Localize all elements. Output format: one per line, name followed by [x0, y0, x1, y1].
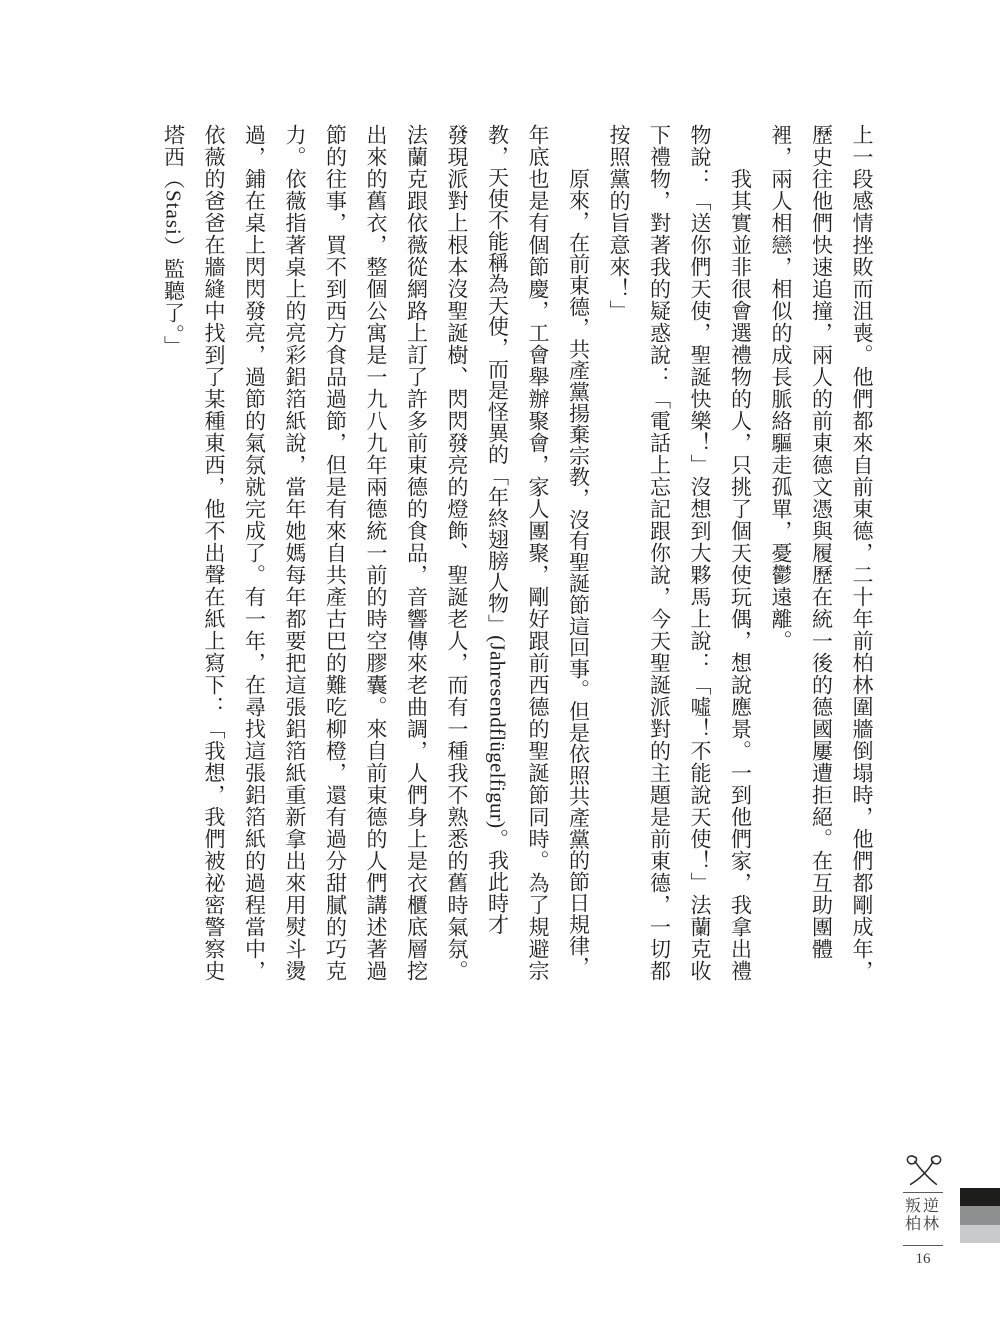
- book-page: 上一段感情挫敗而沮喪。他們都來自前東德，二十年前柏林圍牆倒塌時，他們都剛成年，歷…: [0, 0, 1000, 1343]
- text-column: 我其實並非很會選禮物的人，只挑了個天使玩偶，想說應景。一到他們家，我拿出禮: [728, 124, 754, 1088]
- text-column: 過，鋪在桌上閃閃發亮，過節的氣氛就完成了。有一年，在尋找這張鋁箔紙的過程當中，: [242, 124, 268, 1044]
- text-column: 發現派對上根本沒聖誕樹、閃閃發亮的燈飾、聖誕老人，而有一種我不熟悉的舊時氣氛。: [444, 124, 470, 1044]
- color-bar-block: [960, 1206, 1000, 1224]
- flourish-icon: [903, 1152, 945, 1188]
- text-column: 節的往事，買不到西方食品過節，但是有來自共產古巴的難吃柳橙，還有過分甜膩的巧克: [323, 124, 349, 1044]
- print-color-bar: [960, 1188, 1000, 1243]
- text-column: 塔西（Stasi）監聽了。」: [161, 124, 187, 1044]
- text-column: 歷史往他們快速追撞，兩人的前東德文憑與履歷在統一後的德國屢遭拒絕。在互助團體: [809, 124, 835, 1044]
- text-column: 出來的舊衣，整個公寓是一九八九年兩德統一前的時空膠囊。來自前東德的人們講述著過: [363, 124, 389, 1044]
- colophon-divider-bottom: [903, 1245, 943, 1246]
- text-column: 按照黨的旨意來！」: [606, 124, 632, 1044]
- text-column: 法蘭克跟依薇從網路上訂了許多前東德的食品，音響傳來老曲調，人們身上是衣櫃底層挖: [404, 124, 430, 1044]
- color-bar-block: [960, 1188, 1000, 1206]
- text-column: 依薇的爸爸在牆縫中找到了某種東西，他不出聲在紙上寫下：「我想，我們被祕密警察史: [201, 124, 227, 1044]
- text-column: 下禮物，對著我的疑惑說：「電話上忘記跟你說，今天聖誕派對的主題是前東德，一切都: [647, 124, 673, 1044]
- book-title-row-1: 叛逆: [903, 1198, 943, 1216]
- text-column: 教，天使不能稱為天使，而是怪異的「年終翅膀人物」(Jahresendflügel…: [485, 124, 511, 1044]
- page-number: 16: [903, 1250, 943, 1268]
- colophon-divider-top: [903, 1192, 943, 1193]
- text-column: 物說：「送你們天使，聖誕快樂！」沒想到大夥馬上說：「噓！不能說天使！」法蘭克收: [687, 124, 713, 1044]
- text-column: 力。依薇指著桌上的亮彩鋁箔紙說，當年她媽每年都要把這張鋁箔紙重新拿出來用熨斗燙: [282, 124, 308, 1044]
- color-bar-block: [960, 1225, 1000, 1243]
- text-column: 年底也是有個節慶，工會舉辦聚會，家人團聚，剛好跟前西德的聖誕節同時。為了規避宗: [525, 124, 551, 1044]
- book-title-row-2: 柏林: [903, 1216, 943, 1234]
- text-column: 原來，在前東德，共產黨揚棄宗教，沒有聖誕節這回事。但是依照共產黨的節日規律，: [566, 124, 592, 1088]
- text-column: 裡，兩人相戀，相似的成長脈絡驅走孤單，憂鬱遠離。: [768, 124, 794, 1044]
- text-column: 上一段感情挫敗而沮喪。他們都來自前東德，二十年前柏林圍牆倒塌時，他們都剛成年，: [849, 124, 875, 1044]
